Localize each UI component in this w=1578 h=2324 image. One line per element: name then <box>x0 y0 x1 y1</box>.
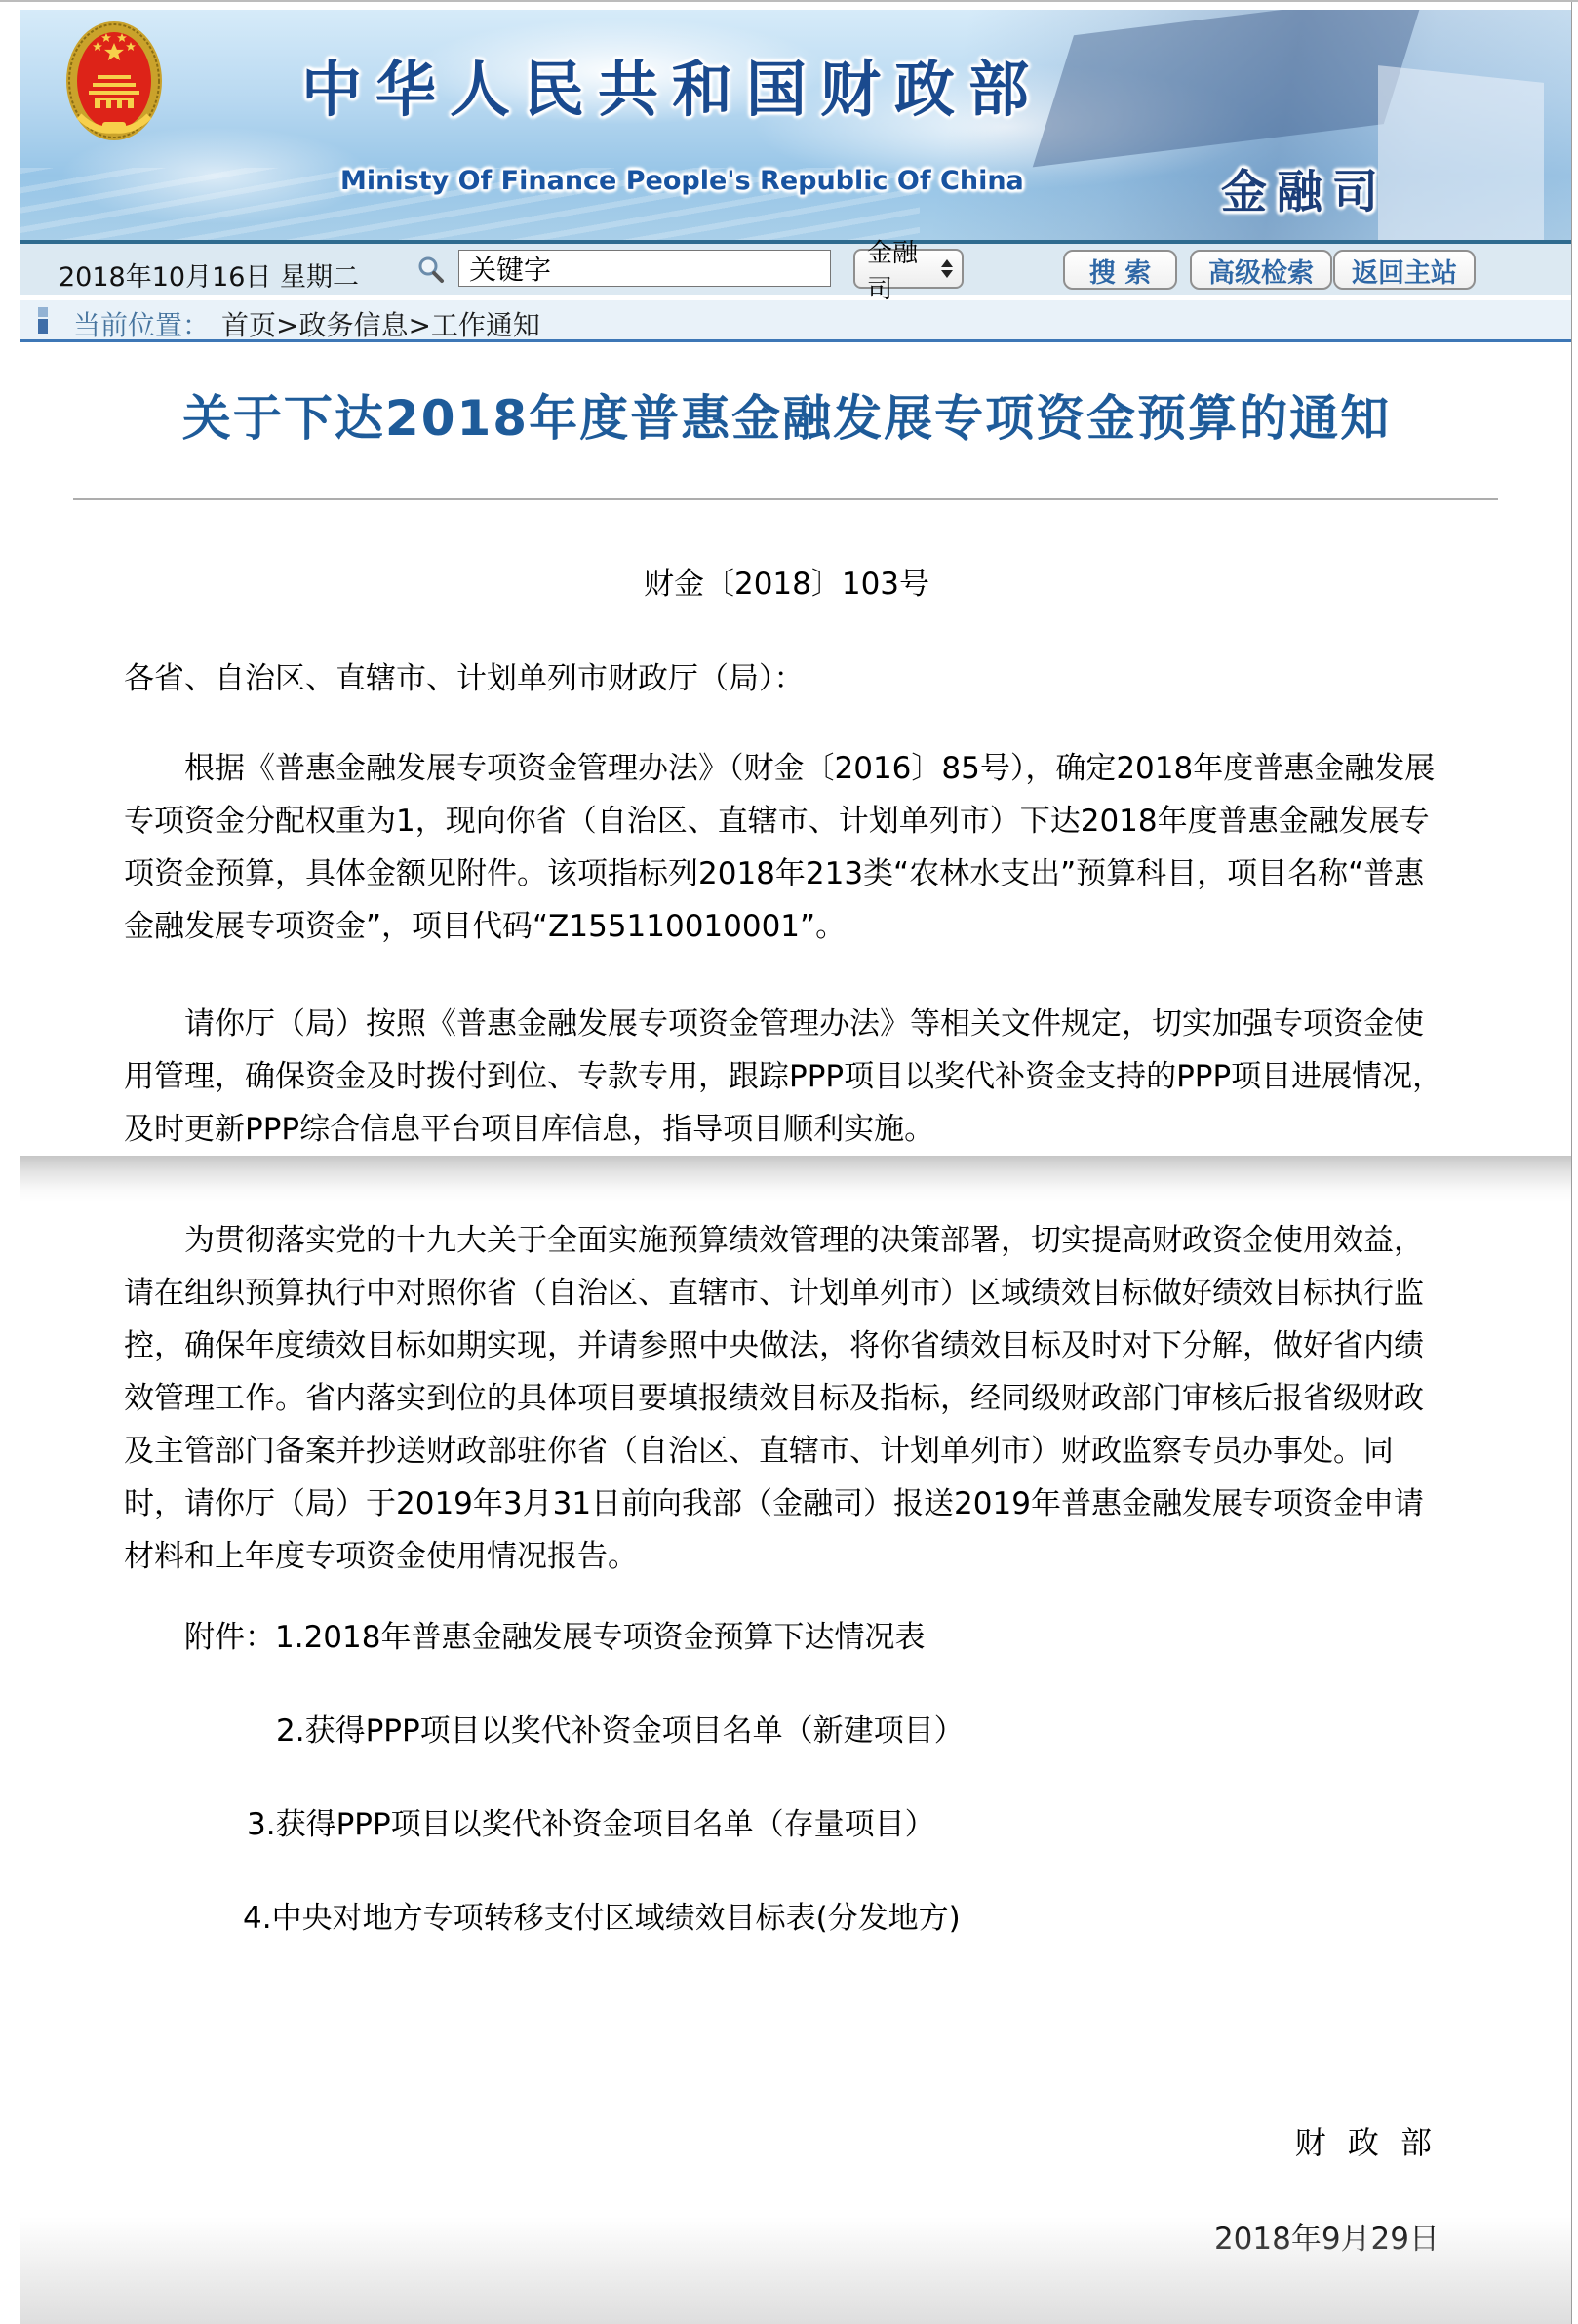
attachments-label: 附件： <box>184 1620 275 1655</box>
breadcrumb: 当前位置： 首页>政务信息>工作通知 <box>20 300 1571 342</box>
issue-date: 2018年9月29日 <box>124 2214 1449 2258</box>
national-emblem-icon <box>65 18 163 144</box>
attachments-list: 附件：1.2018年普惠金融发展专项资金预算下达情况表 2.获得PPP项目以奖代… <box>124 1618 1449 1938</box>
issuing-authority: 财 政 部 <box>124 2118 1449 2163</box>
document-number: 财金〔2018〕103号 <box>124 559 1449 603</box>
location-marker-icon <box>38 307 48 334</box>
paragraph-3: 为贯彻落实党的十九大关于全面实施预算绩效管理的决策部署，切实提高财政资金使用效益… <box>124 1214 1449 1583</box>
title-divider <box>73 498 1498 500</box>
document-title: 关于下达2018年度普惠金融发展专项资金预算的通知 <box>124 393 1449 444</box>
site-title: 中华人民共和国财政部 <box>301 41 1043 128</box>
attachment-item-4: 4.中央对地方专项转移支付区域绩效目标表(分发地方) <box>243 1899 1449 1938</box>
site-subtitle: Ministy Of Finance People's Republic Of … <box>340 166 1024 196</box>
select-arrows-icon <box>941 259 953 278</box>
search-icon[interactable] <box>416 255 446 284</box>
attachment-item-1: 附件：1.2018年普惠金融发展专项资金预算下达情况表 <box>184 1618 1449 1657</box>
building-face-decor <box>1378 65 1544 240</box>
paragraph-1: 根据《普惠金融发展专项资金管理办法》（财金〔2016〕85号），确定2018年度… <box>124 742 1449 953</box>
attachment-item-2: 2.获得PPP项目以奖代补资金项目名单（新建项目） <box>276 1712 1449 1751</box>
toolbar: 2018年10月16日 星期二 金融司 搜 索 高级检索 返回主站 <box>20 244 1571 295</box>
current-date: 2018年10月16日 星期二 <box>59 256 359 294</box>
page-frame: 中华人民共和国财政部 Ministy Of Finance People's R… <box>20 2 1572 2324</box>
search-button[interactable]: 搜 索 <box>1063 250 1177 290</box>
department-select[interactable]: 金融司 <box>853 249 964 289</box>
document: 关于下达2018年度普惠金融发展专项资金预算的通知 财金〔2018〕103号 各… <box>20 393 1571 2258</box>
site-banner: 中华人民共和国财政部 Ministy Of Finance People's R… <box>20 10 1571 240</box>
salutation: 各省、自治区、直辖市、计划单列市财政厅（局）： <box>124 653 1449 697</box>
search-input[interactable] <box>458 250 831 287</box>
department-select-value: 金融司 <box>867 233 941 305</box>
screenshot-seam <box>20 1156 1571 1202</box>
department-name: 金融司 <box>1221 156 1388 221</box>
advanced-search-button[interactable]: 高级检索 <box>1190 250 1332 290</box>
breadcrumb-path[interactable]: 首页>政务信息>工作通知 <box>221 304 540 343</box>
breadcrumb-label: 当前位置： <box>73 304 210 343</box>
attachment-text: 1.2018年普惠金融发展专项资金预算下达情况表 <box>275 1620 925 1655</box>
paragraph-2: 请你厅（局）按照《普惠金融发展专项资金管理办法》等相关文件规定，切实加强专项资金… <box>124 998 1449 1156</box>
attachment-item-3: 3.获得PPP项目以奖代补资金项目名单（存量项目） <box>247 1805 1449 1844</box>
return-home-button[interactable]: 返回主站 <box>1333 250 1476 290</box>
